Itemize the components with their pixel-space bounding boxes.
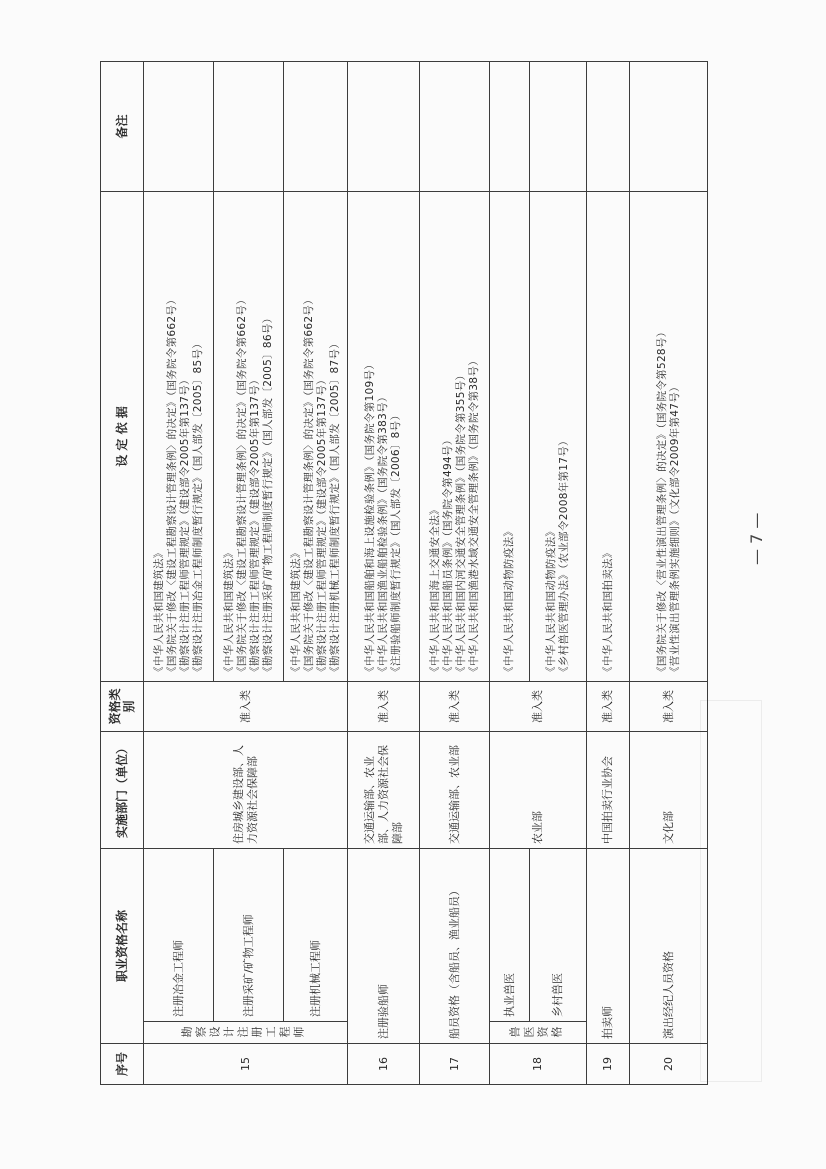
row-type: 准入类 xyxy=(587,681,630,731)
sub-basis: 《中华人民共和国建筑法》 《国务院关于修改〈建设工程勘察设计管理条例〉的决定》（… xyxy=(214,191,284,681)
row-type: 准入类 xyxy=(144,681,348,731)
header-type: 资格类别 xyxy=(101,681,144,731)
table-row: 15 勘察设计注册工程师 注册冶金工程师 住房城乡建设部、人力资源社会保障部 准… xyxy=(144,61,214,1084)
row-no: 16 xyxy=(348,1044,420,1085)
row-dept: 交通运输部、农业部、人力资源社会保障部 xyxy=(348,731,420,848)
row-dept: 交通运输部、农业部 xyxy=(420,731,490,848)
row-no: 18 xyxy=(490,1044,587,1085)
sub-basis: 《中华人民共和国建筑法》 《国务院关于修改〈建设工程勘察设计管理条例〉的决定》（… xyxy=(144,191,214,681)
rotated-page: 序号 职业资格名称 实施部门（单位） 资格类别 设 定 依 据 备注 15 勘察… xyxy=(100,62,706,1085)
row-dept: 住房城乡建设部、人力资源社会保障部 xyxy=(144,731,348,848)
row-no: 17 xyxy=(420,1044,490,1085)
row-type: 准入类 xyxy=(630,681,708,731)
header-dept: 实施部门（单位） xyxy=(101,731,144,848)
note-cell xyxy=(214,61,284,191)
row-type: 准入类 xyxy=(348,681,420,731)
bleed-through-shadow xyxy=(700,700,762,1082)
row-name: 注册验船师 xyxy=(348,848,420,1043)
note-cell xyxy=(587,61,630,191)
row-dept: 文化部 xyxy=(630,731,708,848)
table-row: 16 注册验船师 交通运输部、农业部、人力资源社会保障部 准入类 《中华人民共和… xyxy=(348,61,420,1084)
row-basis: 《国务院关于修改〈营业性演出管理条例〉的决定》（国务院令第528号） 《营业性演… xyxy=(630,191,708,681)
row-basis: 《中华人民共和国拍卖法》 xyxy=(587,191,630,681)
table-row: 18 兽医资格 执业兽医 农业部 准入类 《中华人民共和国动物防疫法》 xyxy=(490,61,530,1084)
note-cell xyxy=(420,61,490,191)
sub-basis: 《中华人民共和国建筑法》 《国务院关于修改〈建设工程勘察设计管理条例〉的决定》（… xyxy=(284,191,348,681)
row-dept: 中国拍卖行业协会 xyxy=(587,731,630,848)
row-basis: 《中华人民共和国海上交通安全法》 《中华人民共和国船员条例》（国务院令第494号… xyxy=(420,191,490,681)
row-basis: 《中华人民共和国船舶和海上设施检验条例》（国务院令第109号） 《中华人民共和国… xyxy=(348,191,420,681)
row-group-name: 兽医资格 xyxy=(490,1022,587,1044)
table-row: 乡村兽医 《中华人民共和国动物防疫法》 《乡村兽医管理办法》（农业部令2008年… xyxy=(530,61,587,1084)
row-dept: 农业部 xyxy=(490,731,587,848)
table-row: 注册机械工程师 《中华人民共和国建筑法》 《国务院关于修改〈建设工程勘察设计管理… xyxy=(284,61,348,1084)
sub-name: 注册冶金工程师 xyxy=(144,848,214,1021)
note-cell xyxy=(630,61,708,191)
row-no: 19 xyxy=(587,1044,630,1085)
sub-name: 执业兽医 xyxy=(490,848,530,1021)
sub-name: 注册采矿/矿物工程师 xyxy=(214,848,284,1021)
row-type: 准入类 xyxy=(490,681,587,731)
row-name: 演出经纪人员资格 xyxy=(630,848,708,1043)
sub-name: 注册机械工程师 xyxy=(284,848,348,1021)
sub-basis: 《中华人民共和国动物防疫法》 xyxy=(490,191,530,681)
note-cell xyxy=(284,61,348,191)
note-cell xyxy=(348,61,420,191)
page-number: — 7 — xyxy=(727,535,787,565)
row-type: 准入类 xyxy=(420,681,490,731)
table-row: 17 船员资格（含船员、渔业船员） 交通运输部、农业部 准入类 《中华人民共和国… xyxy=(420,61,490,1084)
header-name: 职业资格名称 xyxy=(101,848,144,1043)
sub-name: 乡村兽医 xyxy=(530,848,587,1021)
header-no: 序号 xyxy=(101,1044,144,1085)
table-row: 20 演出经纪人员资格 文化部 准入类 《国务院关于修改〈营业性演出管理条例〉的… xyxy=(630,61,708,1084)
note-cell xyxy=(530,61,587,191)
note-cell xyxy=(144,61,214,191)
row-name: 拍卖师 xyxy=(587,848,630,1043)
header-note: 备注 xyxy=(101,61,144,191)
row-name: 船员资格（含船员、渔业船员） xyxy=(420,848,490,1043)
row-no: 15 xyxy=(144,1044,348,1085)
row-no: 20 xyxy=(630,1044,708,1085)
table-row: 19 拍卖师 中国拍卖行业协会 准入类 《中华人民共和国拍卖法》 xyxy=(587,61,630,1084)
qualification-table: 序号 职业资格名称 实施部门（单位） 资格类别 设 定 依 据 备注 15 勘察… xyxy=(100,61,708,1085)
table-row: 注册采矿/矿物工程师 《中华人民共和国建筑法》 《国务院关于修改〈建设工程勘察设… xyxy=(214,61,284,1084)
sub-basis: 《中华人民共和国动物防疫法》 《乡村兽医管理办法》（农业部令2008年第17号） xyxy=(530,191,587,681)
header-row: 序号 职业资格名称 实施部门（单位） 资格类别 设 定 依 据 备注 xyxy=(101,61,144,1084)
header-basis: 设 定 依 据 xyxy=(101,191,144,681)
row-group-name: 勘察设计注册工程师 xyxy=(144,1022,348,1044)
note-cell xyxy=(490,61,530,191)
